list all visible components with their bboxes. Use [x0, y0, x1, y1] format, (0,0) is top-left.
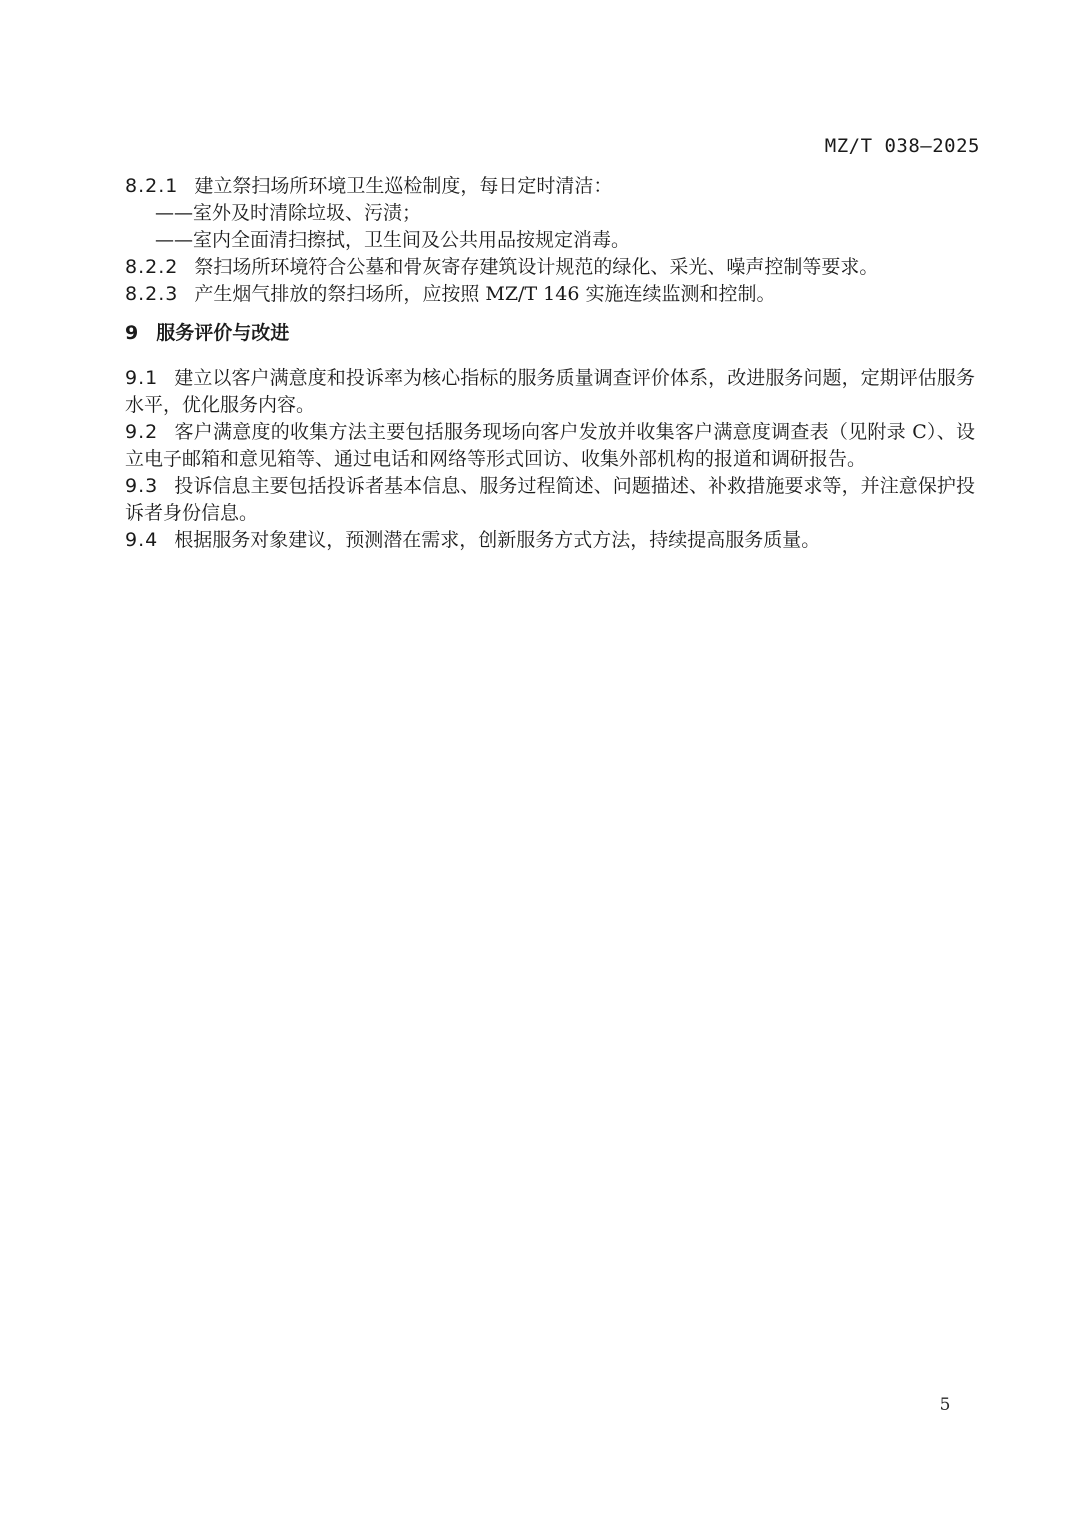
standard-number: MZ/T 038—2025: [825, 135, 980, 157]
section-9-number: 9: [125, 322, 138, 344]
clause-9-4-number: 9.4: [125, 529, 158, 551]
clause-8-2-3: 8.2.3产生烟气排放的祭扫场所，应按照 MZ/T 146 实施连续监测和控制。: [125, 281, 975, 308]
clause-9-3-number: 9.3: [125, 475, 158, 497]
section-9-title: 服务评价与改进: [156, 322, 289, 344]
clause-8-2-2: 8.2.2祭扫场所环境符合公墓和骨灰寄存建筑设计规范的绿化、采光、噪声控制等要求…: [125, 254, 975, 281]
clause-8-2-1-dash-item-outdoor: ——室外及时清除垃圾、污渍；: [125, 200, 975, 227]
clause-9-3: 9.3投诉信息主要包括投诉者基本信息、服务过程简述、问题描述、补救措施要求等，并…: [125, 473, 975, 527]
clause-9-3-text: 投诉信息主要包括投诉者基本信息、服务过程简述、问题描述、补救措施要求等，并注意保…: [125, 475, 975, 524]
clause-9-4-text: 根据服务对象建议，预测潜在需求，创新服务方式方法，持续提高服务质量。: [174, 529, 820, 551]
clause-8-2-1-number: 8.2.1: [125, 175, 178, 197]
clause-9-2-text: 客户满意度的收集方法主要包括服务现场向客户发放并收集客户满意度调查表（见附录 C…: [125, 421, 975, 470]
clause-8-2-3-text: 产生烟气排放的祭扫场所，应按照 MZ/T 146 实施连续监测和控制。: [194, 283, 775, 305]
clause-8-2-2-text: 祭扫场所环境符合公墓和骨灰寄存建筑设计规范的绿化、采光、噪声控制等要求。: [194, 256, 878, 278]
clause-9-2-number: 9.2: [125, 421, 158, 443]
clause-9-1-text: 建立以客户满意度和投诉率为核心指标的服务质量调查评价体系，改进服务问题，定期评估…: [125, 367, 975, 416]
clause-8-2-1-text: 建立祭扫场所环境卫生巡检制度，每日定时清洁：: [194, 175, 612, 197]
clause-8-2-3-number: 8.2.3: [125, 283, 178, 305]
clause-8-2-1: 8.2.1建立祭扫场所环境卫生巡检制度，每日定时清洁：: [125, 173, 975, 200]
page-number: 5: [905, 1395, 985, 1415]
clause-9-1: 9.1建立以客户满意度和投诉率为核心指标的服务质量调查评价体系，改进服务问题，定…: [125, 365, 975, 419]
document-content: 8.2.1建立祭扫场所环境卫生巡检制度，每日定时清洁： ——室外及时清除垃圾、污…: [125, 173, 975, 554]
document-header: MZ/T 038—2025: [0, 0, 1074, 157]
document-page: MZ/T 038—2025 8.2.1建立祭扫场所环境卫生巡检制度，每日定时清洁…: [0, 0, 1074, 1520]
clause-8-2-1-dash-item-indoor: ——室内全面清扫擦拭，卫生间及公共用品按规定消毒。: [125, 227, 975, 254]
clause-9-2: 9.2客户满意度的收集方法主要包括服务现场向客户发放并收集客户满意度调查表（见附…: [125, 419, 975, 473]
section-9-heading: 9服务评价与改进: [125, 320, 975, 347]
clause-9-4: 9.4根据服务对象建议，预测潜在需求，创新服务方式方法，持续提高服务质量。: [125, 527, 975, 554]
clause-8-2-2-number: 8.2.2: [125, 256, 178, 278]
clause-9-1-number: 9.1: [125, 367, 158, 389]
